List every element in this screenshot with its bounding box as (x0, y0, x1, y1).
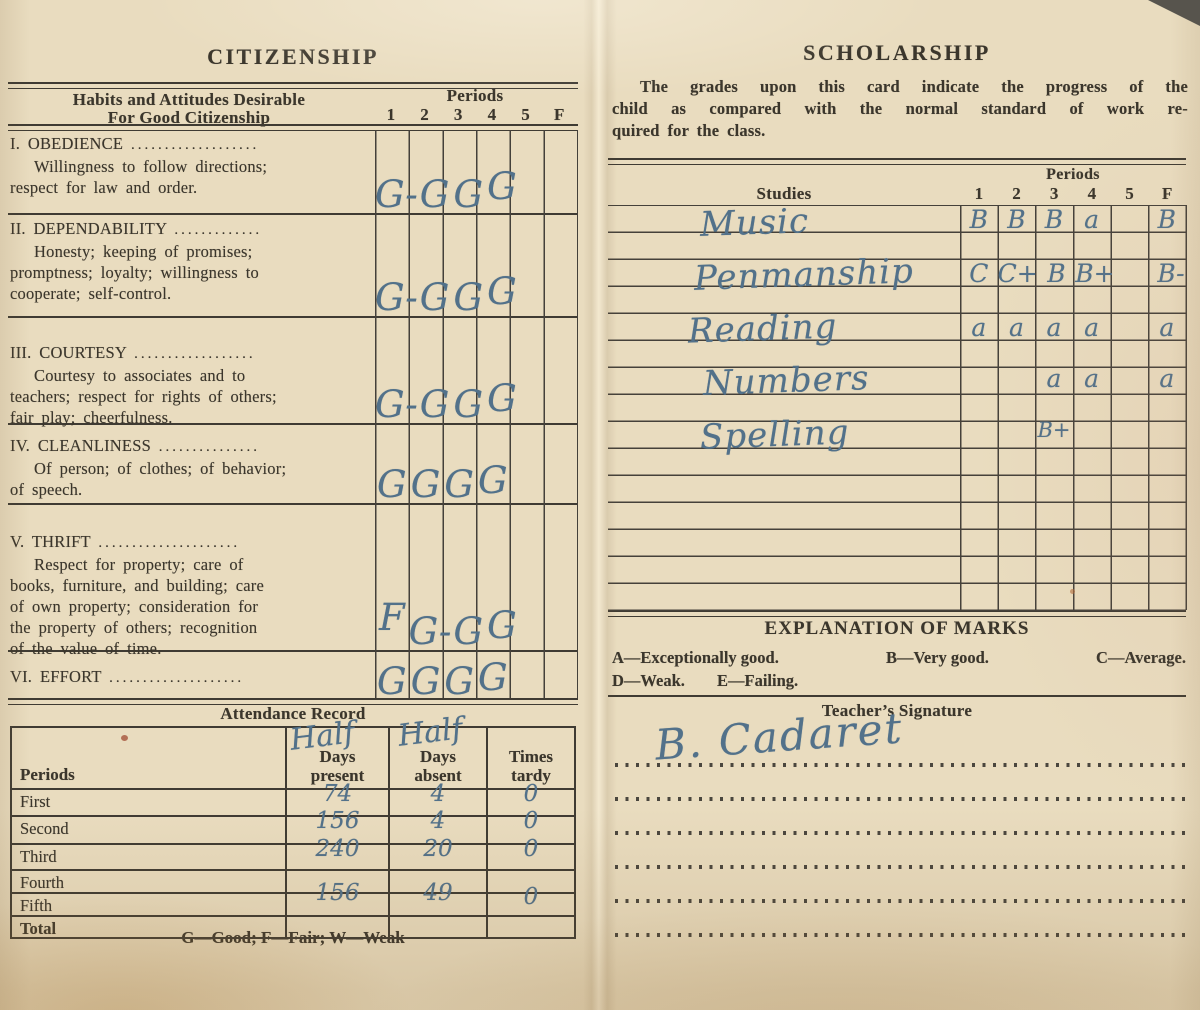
grade-row: a a a a a (960, 315, 1186, 340)
habit-desc: cooperate; self-control. (10, 283, 376, 304)
grade-mark: a (998, 315, 1036, 340)
grade-mark: G (476, 462, 510, 499)
attendance-header-tardy: Times tardy (486, 728, 574, 788)
grade-mark: G (485, 168, 519, 205)
citizenship-header-line1: Habits and Attitudes Desirable (8, 90, 370, 110)
table-row: III. COURTESY .................. Courtes… (8, 318, 578, 425)
dotted-leader: ............... (159, 439, 260, 455)
habit-desc: Of person; of clothes; of behavior; (10, 458, 376, 479)
grade-mark (1110, 366, 1148, 391)
grade-mark: B (1035, 207, 1073, 232)
grade-mark (960, 366, 998, 391)
dotted-leader: .................... (109, 670, 244, 686)
period-label: Second (12, 817, 285, 843)
grade-mark: a (1073, 207, 1111, 232)
study-name: Reading (687, 309, 837, 348)
attendance-value: 156 (285, 882, 388, 915)
attendance-value (285, 917, 388, 937)
row-text: IV. CLEANLINESS ............... Of perso… (8, 425, 376, 500)
period-col: 1 (960, 184, 998, 204)
dotted-leader: ................... (131, 137, 259, 153)
habit-desc: Respect for property; care of (10, 554, 376, 575)
period-col: 4 (1073, 184, 1111, 204)
period-col: 4 (475, 105, 509, 125)
attendance-value: 0 (486, 838, 574, 869)
period-col: 2 (998, 184, 1036, 204)
grade-mark (998, 366, 1036, 391)
grade-mark: G (451, 386, 485, 423)
intro-line-1: The grades upon this card indicate the p… (612, 76, 1188, 97)
grade-mark (998, 420, 1036, 441)
grade-mark (1148, 420, 1186, 441)
attendance-value (486, 917, 574, 937)
table-row: VI. EFFORT .................... G G G G (8, 652, 578, 698)
grade-mark (1110, 420, 1148, 441)
grade-mark (1110, 315, 1148, 340)
grade-row: G- G G G (375, 157, 578, 213)
attendance-title: Attendance Record (8, 704, 578, 724)
period-label: Fifth (12, 894, 285, 915)
report-card-scan: { "colors":{"paper":"#e9dcbf","ink":"#3b… (0, 0, 1200, 1010)
ink-blemish (121, 735, 128, 741)
grade-mark: C+ (998, 261, 1038, 286)
grade-mark: a (1148, 315, 1186, 340)
table-row: V. THRIFT ..................... Respect … (8, 505, 578, 652)
row-text: V. THRIFT ..................... Respect … (8, 505, 376, 659)
period-col: 1 (374, 105, 408, 125)
study-name: Music (699, 204, 809, 242)
period-label: Third (12, 845, 285, 869)
grade-mark: B (998, 207, 1036, 232)
rule (608, 610, 1186, 617)
table-row: IV. CLEANLINESS ............... Of perso… (8, 425, 578, 505)
explanation-title: EXPLANATION OF MARKS (608, 618, 1186, 640)
grade-mark: G (442, 466, 476, 503)
grade-mark: G (375, 466, 409, 503)
grade-mark (1073, 420, 1111, 441)
grade-row: G G G G (375, 451, 578, 503)
period-col: F (1148, 184, 1186, 204)
table-row: Fifth 156 49 0 (12, 892, 574, 915)
grade-mark: G (409, 466, 443, 503)
habit-desc: respect for law and order. (10, 177, 376, 198)
ink-blemish (1070, 589, 1075, 594)
dotted-leader: ............. (174, 222, 262, 238)
grade-row: G- G G G (375, 365, 578, 423)
explanation-line-1: A—Exceptionally good. B—Very good. C—Ave… (612, 648, 1186, 668)
row-text: VI. EFFORT .................... (8, 652, 376, 689)
habit-desc: promptness; loyalty; willingness to (10, 262, 376, 283)
signature-line (615, 865, 1187, 869)
scholarship-periods-label: Periods (960, 166, 1186, 184)
study-name: Numbers (702, 361, 870, 401)
citizenship-table: I. OBEDIENCE ................... Willing… (8, 130, 578, 698)
period-col: 5 (509, 105, 543, 125)
signature-line (615, 933, 1187, 937)
study-name: Spelling (699, 415, 850, 454)
habit-heading: IV. CLEANLINESS (10, 436, 151, 455)
period-col: 3 (1035, 184, 1073, 204)
attendance-value: 240 (285, 838, 388, 869)
grade-mark: a (1035, 366, 1073, 391)
grade-mark: G (451, 176, 485, 213)
habit-desc: of speech. (10, 479, 376, 500)
attendance-table: Periods Days present Days absent Times t… (10, 726, 576, 939)
explanation-line-2: D—Weak. E—Failing. (612, 671, 798, 691)
grade-mark: F (375, 599, 409, 636)
habit-desc: teachers; respect for rights of others; (10, 386, 376, 407)
row-text: II. DEPENDABILITY ............. Honesty;… (8, 215, 376, 304)
row-text: III. COURTESY .................. Courtes… (8, 318, 376, 428)
grade-mark: G (485, 380, 519, 417)
grade-mark: a (1035, 315, 1073, 340)
grade-row: C C+ B B+ B- (960, 261, 1186, 286)
grade-mark (1110, 207, 1148, 232)
rule (608, 158, 1186, 165)
period-col: 3 (441, 105, 475, 125)
signature-line (615, 899, 1187, 903)
mark-definition: A—Exceptionally good. (612, 648, 779, 668)
grade-mark: B (1148, 207, 1186, 232)
grade-row: B B B a B (960, 207, 1186, 232)
intro-line-2: child as compared with the normal standa… (612, 98, 1188, 119)
scholarship-period-columns: 1 2 3 4 5 F (960, 184, 1186, 204)
signature-line (615, 797, 1187, 801)
dotted-leader: ..................... (98, 535, 240, 551)
study-name: Penmanship (693, 254, 914, 296)
attendance-value (388, 917, 486, 937)
grade-mark: B (960, 207, 998, 232)
mark-definition: D—Weak. (612, 671, 685, 690)
table-row: Total (12, 915, 574, 937)
attendance-value: 20 (388, 838, 486, 869)
period-col: 2 (408, 105, 442, 125)
grade-row: a a a (960, 366, 1186, 391)
attendance-header-periods: Periods (12, 728, 285, 788)
grade-mark: a (1073, 315, 1111, 340)
mark-definition: B—Very good. (886, 648, 989, 668)
grade-mark: C (960, 261, 998, 286)
grade-mark: B (1038, 261, 1076, 286)
rule (608, 695, 1186, 697)
grade-mark: G (476, 659, 510, 696)
grade-mark: G (409, 663, 443, 700)
grade-mark: G (418, 176, 452, 213)
grade-row: G G G G (375, 638, 578, 700)
period-label: First (12, 790, 285, 815)
habit-desc: Honesty; keeping of promises; (10, 241, 376, 262)
habit-desc: Willingness to follow directions; (10, 156, 376, 177)
mark-definition: C—Average. (1096, 648, 1186, 668)
table-row: I. OBEDIENCE ................... Willing… (8, 130, 578, 215)
habit-heading: III. COURTESY (10, 343, 126, 362)
grade-mark: a (960, 315, 998, 340)
habit-heading: I. OBEDIENCE (10, 134, 123, 153)
handwritten-half-annotation: Half (288, 718, 356, 756)
grade-mark: a (1148, 366, 1186, 391)
habit-heading: VI. EFFORT (10, 667, 101, 686)
table-row: Third 240 20 0 (12, 843, 574, 869)
torn-corner (1148, 0, 1200, 26)
signature-line (615, 831, 1187, 835)
grade-mark: G (418, 386, 452, 423)
grade-mark: B+ (1035, 420, 1073, 441)
habit-heading: V. THRIFT (10, 532, 91, 551)
habit-desc: of own property; consideration for (10, 596, 376, 617)
row-text: I. OBEDIENCE ................... Willing… (8, 130, 376, 198)
period-label: Fourth (12, 871, 285, 892)
habit-desc: books, furniture, and building; care (10, 575, 376, 596)
grade-mark: B- (1152, 261, 1190, 286)
attendance-value: 49 (388, 882, 486, 915)
table-row: II. DEPENDABILITY ............. Honesty;… (8, 215, 578, 318)
grade-mark (1115, 261, 1153, 286)
citizenship-period-columns: 1 2 3 4 5 F (374, 105, 576, 125)
grade-mark (960, 420, 998, 441)
grade-mark: a (1073, 366, 1111, 391)
grade-mark: G (442, 663, 476, 700)
period-col: 5 (1111, 184, 1149, 204)
period-label: Total (12, 917, 285, 937)
mark-definition: E—Failing. (717, 671, 798, 690)
habit-heading: II. DEPENDABILITY (10, 219, 167, 238)
scholarship-title: SCHOLARSHIP (608, 40, 1186, 66)
grade-row: B+ (960, 420, 1186, 441)
grade-mark: G (418, 279, 452, 316)
grade-mark: G (451, 279, 485, 316)
grade-row: G- G G G (375, 258, 578, 316)
grade-mark: G- (375, 386, 418, 423)
citizenship-periods-label: Periods (375, 86, 575, 106)
grade-mark: G (485, 273, 519, 310)
habit-desc: the property of others; recognition (10, 617, 376, 638)
citizenship-title: CITIZENSHIP (8, 44, 578, 70)
grade-mark: G (375, 663, 409, 700)
grade-mark: B+ (1075, 261, 1114, 286)
habit-desc: Courtesy to associates and to (10, 365, 376, 386)
header-line: Times (509, 747, 553, 766)
handwritten-half-annotation: Half (396, 714, 464, 752)
grade-mark: G- (375, 279, 418, 316)
period-col: F (542, 105, 576, 125)
intro-line-3: quired for the class. (612, 120, 1188, 141)
attendance-value: 0 (486, 886, 574, 915)
grade-mark: G- (375, 176, 418, 213)
dotted-leader: .................. (134, 346, 256, 362)
